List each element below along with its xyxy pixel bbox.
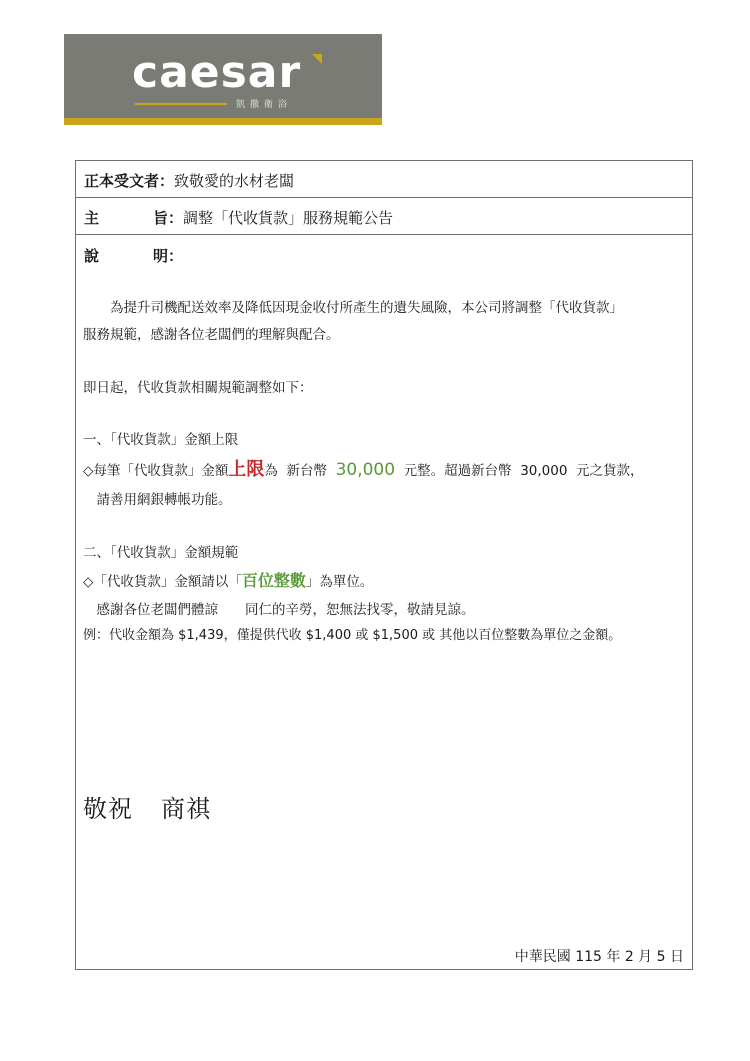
recipient-value: 致敬愛的水材老闆 xyxy=(174,172,294,190)
intro-line-2: 服務規範，感謝各位老闆們的理解與配合。 xyxy=(83,326,340,344)
section1-bullet-line2: 請善用網銀轉帳功能。 xyxy=(83,491,232,509)
description-label-1: 說 xyxy=(84,247,99,265)
subject-label-2: 旨： xyxy=(153,209,183,227)
closing-salutation: 敬祝商祺 xyxy=(83,789,211,824)
logo-accent-mark xyxy=(312,54,322,64)
section2-title: 二、「代收貨款」金額規範 xyxy=(83,544,238,562)
section1-bullet-prefix: ◇每筆「代收貨款」金額 xyxy=(83,463,228,479)
closing-word-2: 商祺 xyxy=(161,795,211,823)
recipient-row: 正本受文者：致敬愛的水材老闆 xyxy=(76,161,692,198)
brand-wordmark: caesar xyxy=(132,48,301,98)
section2-bullet-suffix: 」為單位。 xyxy=(306,574,374,590)
section2-example: 例：代收金額為 $1,439，僅提供代收 $1,400 或 $1,500 或 其… xyxy=(83,627,621,645)
document-date: 中華民國 115 年 2 月 5 日 xyxy=(515,946,684,966)
subject-row: 主旨：調整「代收貨款」服務規範公告 xyxy=(76,198,692,235)
logo-underline xyxy=(135,103,227,105)
section1-title: 一、「代收貨款」金額上限 xyxy=(83,431,238,449)
from-today-line: 即日起，代收貨款相關規範調整如下： xyxy=(83,379,313,397)
section2-bullet: ◇「代收貨款」金額請以「百位整數」為單位。 xyxy=(83,572,373,591)
logo-gold-stripe xyxy=(64,118,382,125)
section1-bullet-mid: 為 新台幣 xyxy=(264,463,335,479)
caesar-logo: caesar 凱撒衛浴 xyxy=(64,34,382,125)
brand-chinese-name: 凱撒衛浴 xyxy=(236,97,292,110)
subject-label-1: 主 xyxy=(84,209,99,227)
section1-bullet: ◇每筆「代收貨款」金額上限為 新台幣 30,000 元整。超過新台幣 30,00… xyxy=(83,461,644,480)
description-label: 說明： xyxy=(84,245,99,266)
recipient-label: 正本受文者： xyxy=(84,172,174,190)
section1-bullet-suffix: 元整。超過新台幣 30,000 元之貨款， xyxy=(395,463,643,479)
section2-bullet-prefix: ◇「代收貨款」金額請以「 xyxy=(83,574,242,590)
notice-document: 正本受文者：致敬愛的水材老闆 主旨：調整「代收貨款」服務規範公告 說明： 為提升… xyxy=(75,160,693,970)
section2-thanks: 感謝各位老闆們體諒 同仁的辛勞，恕無法找零，敬請見諒。 xyxy=(83,601,475,619)
limit-highlight: 上限 xyxy=(228,459,264,480)
hundreds-highlight: 百位整數 xyxy=(242,571,306,590)
closing-word-1: 敬祝 xyxy=(83,795,133,823)
description-label-2: 明： xyxy=(153,245,183,266)
intro-line-1: 為提升司機配送效率及降低因現金收付所產生的遺失風險，本公司將調整「代收貨款」 xyxy=(83,299,623,317)
subject-value: 調整「代收貨款」服務規範公告 xyxy=(183,209,393,227)
limit-amount: 30,000 xyxy=(336,460,395,480)
